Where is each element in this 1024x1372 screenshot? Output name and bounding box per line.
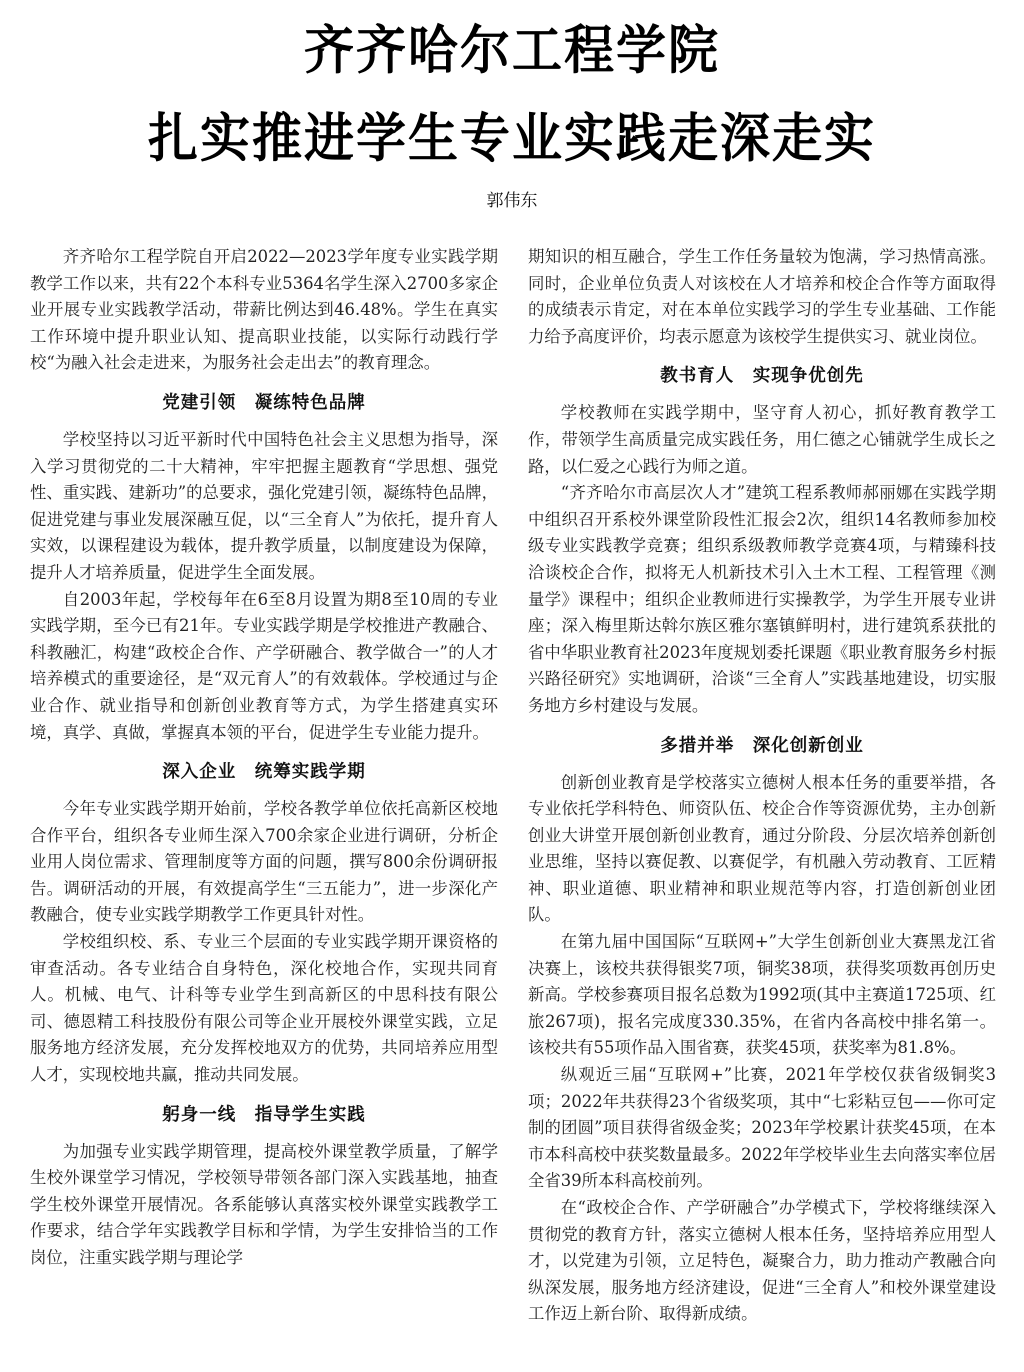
section-heading: 党建引领 凝练特色品牌 [30, 391, 498, 415]
section-heading: 多措并举 深化创新创业 [528, 734, 996, 758]
intro-paragraph: 齐齐哈尔工程学院自开启2022—2023学年度专业实践学期教学工作以来，共有22… [30, 244, 498, 377]
body-paragraph: 学校坚持以习近平新时代中国特色社会主义思想为指导，深入学习贯彻党的二十大精神，牢… [30, 427, 498, 587]
section-heading: 躬身一线 指导学生实践 [30, 1103, 498, 1127]
body-paragraph: 自2003年起，学校每年在6至8月设置为期8至10周的专业实践学期，至今已有21… [30, 587, 498, 747]
section-heading: 教书育人 实现争优创先 [528, 364, 996, 388]
body-paragraph: “齐齐哈尔市高层次人才”建筑工程系教师郝丽娜在实践学期中组织召开系校外课堂阶段性… [528, 480, 996, 719]
headline-line-2: 扎实推进学生专业实践走深走实 [0, 107, 1024, 170]
byline-author: 郭伟东 [0, 186, 1024, 211]
body-paragraph: 在“政校企合作、产学研融合”办学模式下，学校将继续深入贯彻党的教育方针，落实立德… [528, 1195, 996, 1328]
body-paragraph-continued: 期知识的相互融合，学生工作任务量较为饱满，学习热情高涨。同时，企业单位负责人对该… [528, 244, 996, 350]
article-column-left: 齐齐哈尔工程学院自开启2022—2023学年度专业实践学期教学工作以来，共有22… [30, 244, 498, 1272]
body-paragraph: 在第九届中国国际“互联网+”大学生创新创业大赛黑龙江省决赛上，该校共获得银奖7项… [528, 929, 996, 1062]
body-paragraph: 创新创业教育是学校落实立德树人根本任务的重要举措，各专业依托学科特色、师资队伍、… [528, 770, 996, 930]
body-paragraph: 为加强专业实践学期管理，提高校外课堂教学质量，了解学生校外课堂学习情况，学校领导… [30, 1139, 498, 1272]
headline-line-1: 齐齐哈尔工程学院 [0, 19, 1024, 82]
body-paragraph: 学校组织校、系、专业三个层面的专业实践学期开课资格的审查活动。各专业结合自身特色… [30, 929, 498, 1089]
body-paragraph: 今年专业实践学期开始前，学校各教学单位依托高新区校地合作平台，组织各专业师生深入… [30, 796, 498, 929]
article-column-right: 期知识的相互融合，学生工作任务量较为饱满，学习热情高涨。同时，企业单位负责人对该… [528, 244, 996, 1328]
body-paragraph: 学校教师在实践学期中，坚守育人初心，抓好教育教学工作，带领学生高质量完成实践任务… [528, 400, 996, 480]
body-paragraph: 纵观近三届“互联网+”比赛，2021年学校仅获省级铜奖3项；2022年共获得23… [528, 1062, 996, 1195]
section-heading: 深入企业 统筹实践学期 [30, 760, 498, 784]
